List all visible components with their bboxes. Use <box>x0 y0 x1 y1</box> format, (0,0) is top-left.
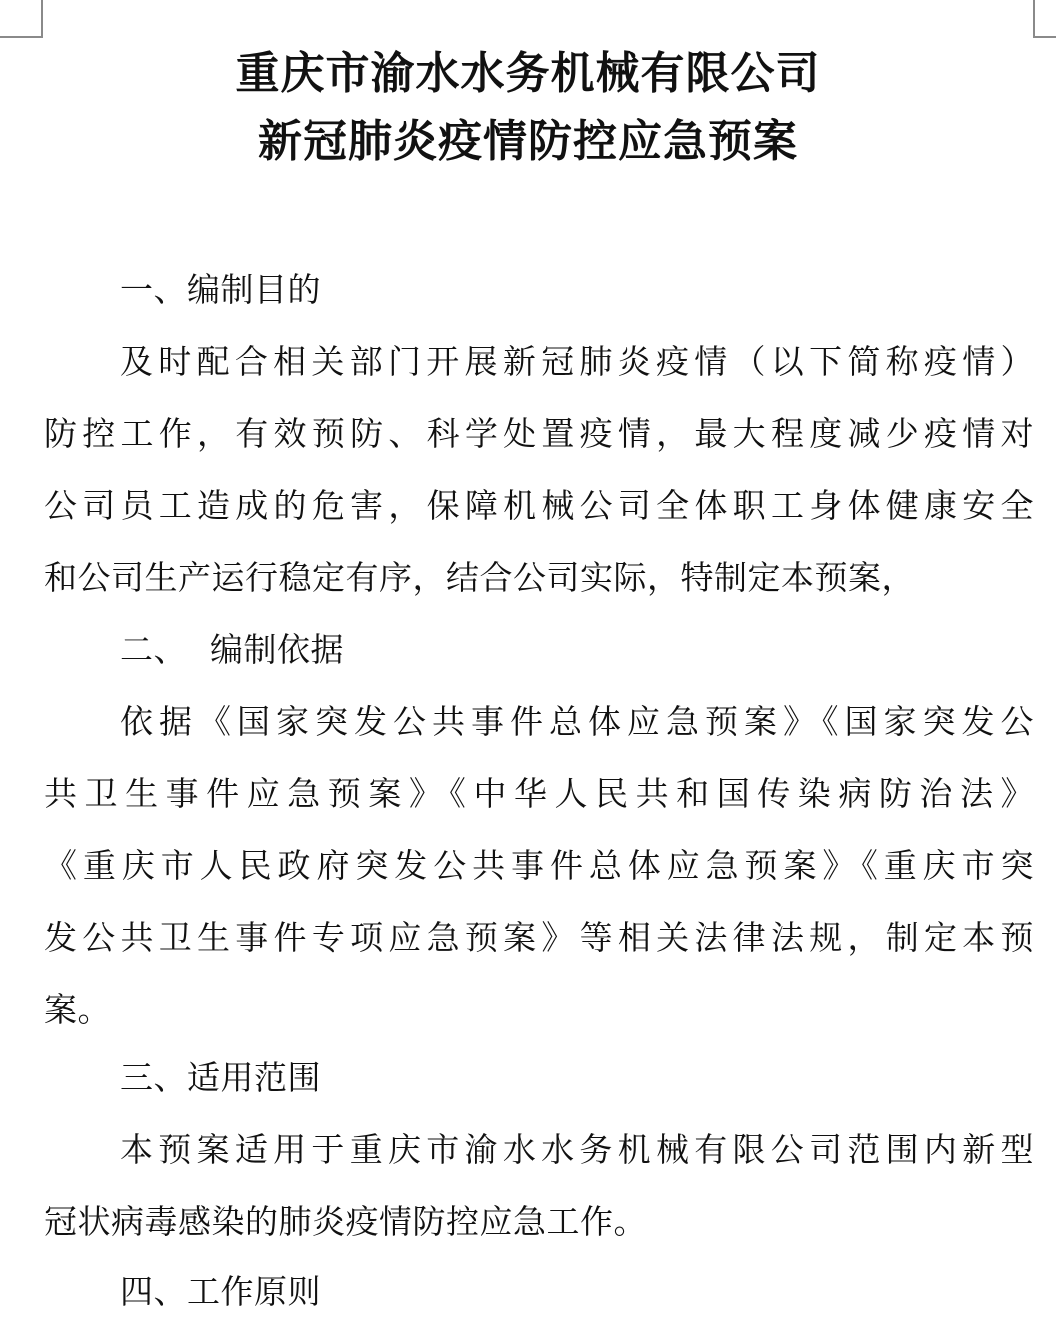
section-heading-2: 二、 编制依据 <box>120 626 1034 674</box>
paragraph-line: 防控工作，有效预防、科学处置疫情，最大程度减少疫情对 <box>44 410 1034 458</box>
paragraph-line: 共卫生事件应急预案》《中华人民共和国传染病防治法》 <box>44 770 1034 818</box>
page-corner-mark-top-right <box>1033 0 1056 38</box>
paragraph-line: 和公司生产运行稳定有序，结合公司实际，特制定本预案， <box>44 554 1034 602</box>
section-heading-1: 一、编制目的 <box>120 266 1034 314</box>
paragraph-line: 及时配合相关部门开展新冠肺炎疫情（以下简称疫情） <box>120 338 1034 386</box>
paragraph-line: 发公共卫生事件专项应急预案》等相关法律法规，制定本预 <box>44 914 1034 962</box>
page-corner-mark-top-left <box>0 0 43 38</box>
paragraph-line: 《重庆市人民政府突发公共事件总体应急预案》《重庆市突 <box>44 842 1034 890</box>
paragraph-line: 本预案适用于重庆市渝水水务机械有限公司范围内新型 <box>120 1126 1034 1174</box>
document-title-line-2: 新冠肺炎疫情防控应急预案 <box>0 112 1056 172</box>
paragraph-line: 冠状病毒感染的肺炎疫情防控应急工作。 <box>44 1198 1034 1246</box>
paragraph-line: 案。 <box>44 986 1034 1034</box>
document-title-line-1: 重庆市渝水水务机械有限公司 <box>0 44 1056 104</box>
section-heading-3: 三、适用范围 <box>120 1054 1034 1102</box>
paragraph-line: 公司员工造成的危害，保障机械公司全体职工身体健康安全 <box>44 482 1034 530</box>
paragraph-line: 依据《国家突发公共事件总体应急预案》《国家突发公 <box>120 698 1034 746</box>
section-heading-4: 四、工作原则 <box>120 1268 1034 1316</box>
